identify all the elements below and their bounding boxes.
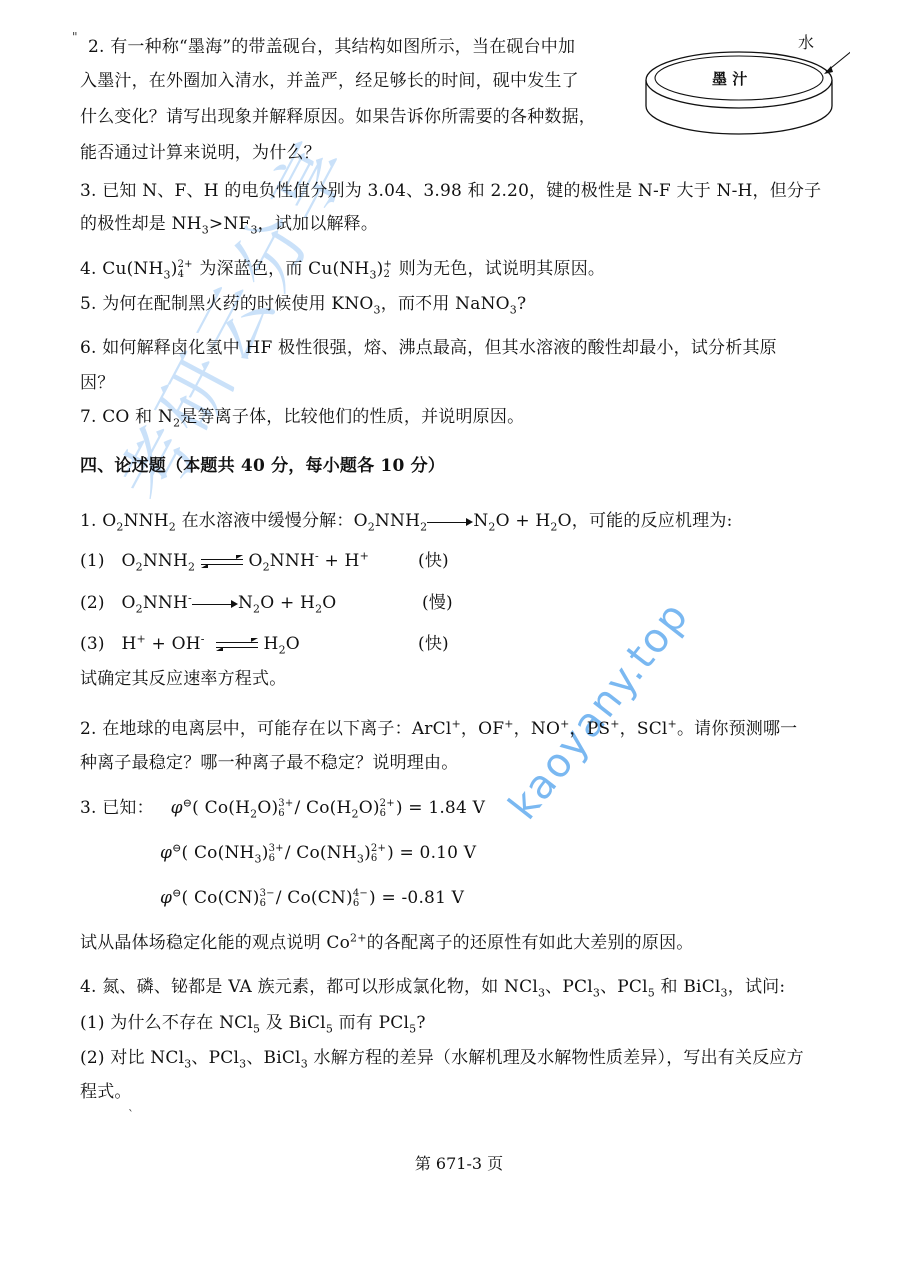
subscript: 3 <box>510 303 517 316</box>
step-1-speed: (快) <box>418 550 449 572</box>
scan-speck: " <box>72 30 78 44</box>
page-number: 第 671-3 页 <box>0 1151 918 1174</box>
inkstone-figure: 墨 汁 水 <box>640 28 850 138</box>
potential-value: = 0.10 V <box>400 843 477 863</box>
q2-line-4: 能否通过计算来说明，为什么？ <box>80 142 321 164</box>
formula: Cu(NH <box>308 259 369 279</box>
q6-line-1: 6. 如何解释卤化氢中 HF 极性很强，熔、沸点最高，但其水溶液的酸性却最小，试… <box>80 337 777 359</box>
q5-text: 5. 为何在配制黑火药的时候使用 KNO <box>80 294 374 314</box>
subscript: 3 <box>164 268 171 281</box>
mechanism-step-1: (1) O2NNH2 O2NNH- + H+ <box>80 550 369 572</box>
s4-q4-text: 4. 氮、磷、铋都是 VA 族元素，都可以形成氯化物，如 <box>80 977 504 997</box>
ion: NO <box>531 719 560 739</box>
superscript: 2+ <box>350 931 367 944</box>
q2-line-3: 什么变化？请写出现象并解释原因。如果告诉你所需要的各种数据， <box>80 106 596 128</box>
s4-q4-text: (2) 对比 <box>80 1048 150 1068</box>
s4-q2-text: 2. 在地球的电离层中，可能存在以下离子： <box>80 719 412 739</box>
s4-q2-text: 。请你预测哪一 <box>677 719 797 739</box>
q4-line: 4. Cu(NH3)2+4 为深蓝色，而 Cu(NH3)+2 则为无色，试说明其… <box>80 258 605 280</box>
charge: 2+ <box>178 260 193 270</box>
q3-text: >NF <box>209 214 251 234</box>
reaction-arrow-icon <box>192 599 238 609</box>
count: 2 <box>384 270 393 280</box>
ink-label: 墨 汁 <box>712 68 747 89</box>
s4-q4-text: ? <box>416 1013 425 1033</box>
step-2-speed: (慢) <box>422 592 453 614</box>
count: 4 <box>178 270 193 280</box>
watermark-url: kaoyany.top <box>500 593 698 829</box>
subscript: 3 <box>374 303 381 316</box>
s4-q2-line-2: 种离子最稳定？哪一种离子最不稳定？说明理由。 <box>80 752 458 774</box>
water-label: 水 <box>798 30 814 53</box>
ion: ArCl <box>412 719 452 739</box>
q2-line-1: 2. 有一种称“墨海”的带盖砚台，其结构如图所示，当在砚台中加 <box>88 36 575 58</box>
s4-q4-sub-1: (1) 为什么不存在 NCl5 及 BiCl5 而有 PCl5? <box>80 1012 426 1034</box>
formula: 1. O <box>80 511 116 531</box>
q4-number: 4. <box>80 259 97 279</box>
scan-speck: ˋ <box>128 1108 134 1122</box>
subscript: 3 <box>202 223 209 236</box>
s4-q4-text: (1) 为什么不存在 <box>80 1013 219 1033</box>
step-label: (3) <box>80 634 105 654</box>
s4-q4-text: 水解方程的差异（水解机理及水解物性质差异），写出有关反应方 <box>308 1048 804 1068</box>
q3-line-1: 3. 已知 N、F、H 的电负性值分别为 3.04、3.98 和 2.20，键的… <box>80 180 821 202</box>
s4-q3-potential-1: 3. 已知： φ⊖( Co(H2O)3+6/ Co(H2O)2+6) = 1.8… <box>80 797 485 819</box>
s4-q1-text: 在水溶液中缓慢分解： <box>182 511 354 531</box>
q7-text: 7. CO 和 N <box>80 407 173 427</box>
q6-line-2: 因？ <box>80 372 114 394</box>
s4-q4-text: ，试问: <box>728 977 786 997</box>
q3-line-2: 的极性却是 NH3>NF3，试加以解释。 <box>80 213 378 235</box>
q4-text: 为深蓝色，而 <box>194 259 308 279</box>
s4-q1-text: ，可能的反应机理为: <box>572 511 733 531</box>
formula: Cu(NH <box>102 259 163 279</box>
subscript: 2 <box>116 520 123 533</box>
charge-stack: 2+4 <box>178 260 193 280</box>
q4-text: 则为无色，试说明其原因。 <box>393 259 605 279</box>
ion: SCl <box>637 719 668 739</box>
formula: ) <box>171 259 178 279</box>
s4-q3-text: 试从晶体场稳定化能的观点说明 Co <box>80 933 350 953</box>
equilibrium-arrow-icon <box>201 556 243 568</box>
equilibrium-arrow-icon <box>216 639 258 651</box>
s4-q3-text: 3. 已知： <box>80 798 154 818</box>
subscript: 3 <box>250 223 257 236</box>
s4-q3-potential-2: φ⊖( Co(NH3)3+6/ Co(NH3)2+6) = 0.10 V <box>160 842 476 864</box>
q5-text: ? <box>517 294 526 314</box>
step-label: (2) <box>80 593 105 613</box>
mechanism-step-3: (3) H+ + OH- H2O <box>80 633 300 655</box>
step-3-speed: (快) <box>418 633 449 655</box>
potential-value: = 1.84 V <box>408 798 485 818</box>
s4-q4-sub-2: (2) 对比 NCl3、PCl3、BiCl3 水解方程的差异（水解机理及水解物性… <box>80 1047 804 1069</box>
reaction-arrow-icon <box>427 517 473 527</box>
q2-line-2: 入墨汁，在外圈加入清水，并盖严，经足够长的时间，砚中发生了 <box>80 70 579 92</box>
s4-q4-sub-2-line-2: 程式。 <box>80 1081 132 1103</box>
subscript: 2 <box>169 520 176 533</box>
charge-stack: +2 <box>384 260 393 280</box>
potential-value: = -0.81 V <box>381 888 464 908</box>
ion: PS <box>587 719 611 739</box>
s4-q1-ask: 试确定其反应速率方程式。 <box>80 668 286 690</box>
s4-q3-text: 的各配离子的还原性有如此大差别的原因。 <box>367 933 694 953</box>
q3-text: 的极性却是 NH <box>80 214 202 234</box>
formula: ) <box>377 259 384 279</box>
ion: OF <box>478 719 504 739</box>
subscript: 3 <box>369 268 376 281</box>
section-heading: 四、论述题（本题共 40 分，每小题各 10 分） <box>80 455 445 477</box>
s4-q3-conclusion: 试从晶体场稳定化能的观点说明 Co2+的各配离子的还原性有如此大差别的原因。 <box>80 932 693 954</box>
q5-text: ，而不用 NaNO <box>381 294 510 314</box>
charge: + <box>384 260 393 270</box>
s4-q1-intro: 1. O2NNH2 在水溶液中缓慢分解：O2NNH2N2O + H2O，可能的反… <box>80 510 733 532</box>
q7-text: 是等离子体，比较他们的性质，并说明原因。 <box>180 407 524 427</box>
q3-text: ，试加以解释。 <box>258 214 378 234</box>
mechanism-step-2: (2) O2NNH-N2O + H2O <box>80 592 336 614</box>
s4-q2-line-1: 2. 在地球的电离层中，可能存在以下离子：ArCl+，OF+，NO+，PS+，S… <box>80 718 797 740</box>
s4-q4-line-1: 4. 氮、磷、铋都是 VA 族元素，都可以形成氯化物，如 NCl3、PCl3、P… <box>80 976 785 998</box>
step-label: (1) <box>80 551 105 571</box>
q5-line: 5. 为何在配制黑火药的时候使用 KNO3，而不用 NaNO3? <box>80 293 526 315</box>
q7-line: 7. CO 和 N2是等离子体，比较他们的性质，并说明原因。 <box>80 406 524 428</box>
s4-q3-potential-3: φ⊖( Co(CN)3−6/ Co(CN)4−6) = -0.81 V <box>160 887 464 909</box>
exam-page: 考研云分享 kaoyany.top " 2. 有一种称“墨海”的带盖砚台，其结构… <box>0 0 918 1265</box>
